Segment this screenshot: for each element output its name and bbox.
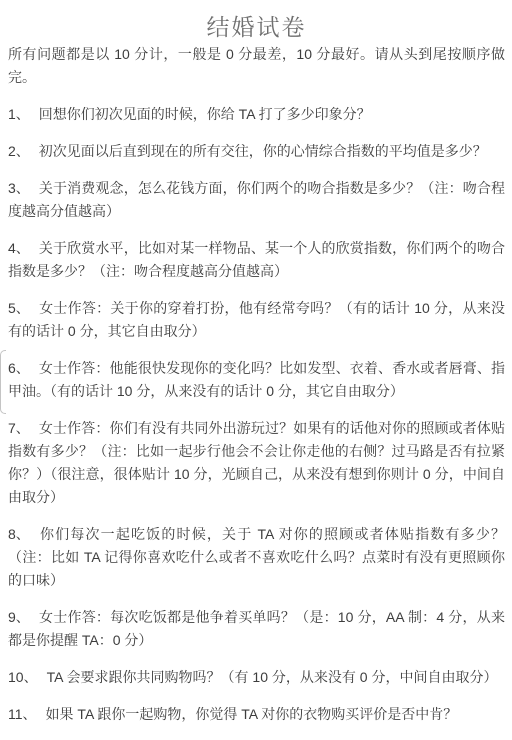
- question-item-1: 1、回想你们初次见面的时候，你给 TA 打了多少印象分？: [8, 103, 505, 126]
- question-text: 关于消费观念，怎么花钱方面，你们两个的吻合指数是多少？（注：吻合程度越高分值越高…: [8, 180, 505, 219]
- question-number: 7、: [8, 417, 30, 440]
- question-item-6: 6、女士作答：他能很快发现你的变化吗？比如发型、衣着、香水或者唇膏、指甲油。（有…: [8, 357, 505, 403]
- question-number: 6、: [8, 357, 30, 380]
- question-number: 11、: [8, 703, 37, 726]
- question-number: 2、: [8, 140, 30, 163]
- page-title: 结婚试卷: [8, 12, 505, 43]
- question-text: 女士作答：关于你的穿着打扮，他有经常夸吗？（有的话计 10 分，从来没有的话计 …: [8, 300, 505, 339]
- question-item-5: 5、女士作答：关于你的穿着打扮，他有经常夸吗？（有的话计 10 分，从来没有的话…: [8, 297, 505, 343]
- question-text: 女士作答：他能很快发现你的变化吗？比如发型、衣着、香水或者唇膏、指甲油。（有的话…: [8, 360, 505, 399]
- question-item-11: 11、如果 TA 跟你一起购物，你觉得 TA 对你的衣物购买评价是否中肯？: [8, 703, 505, 726]
- question-text: TA 会要求跟你共同购物吗？（有 10 分，从来没有 0 分，中间自由取分）: [47, 669, 498, 685]
- question-text: 关于欣赏水平，比如对某一样物品、某一个人的欣赏指数，你们两个的吻合指数是多少？（…: [8, 240, 505, 279]
- question-item-4: 4、关于欣赏水平，比如对某一样物品、某一个人的欣赏指数，你们两个的吻合指数是多少…: [8, 237, 505, 283]
- intro-text: 所有问题都是以 10 分计，一般是 0 分最差，10 分最好。请从头到尾按顺序做…: [8, 43, 505, 89]
- question-item-9: 9、女士作答：每次吃饭都是他争着买单吗？（是：10 分，AA 制：4 分，从来都…: [8, 606, 505, 652]
- question-item-10: 10、TA 会要求跟你共同购物吗？（有 10 分，从来没有 0 分，中间自由取分…: [8, 666, 505, 689]
- question-item-8: 8、你们每次一起吃饭的时候，关于 TA 对你的照顾或者体贴指数有多少？（注：比如…: [8, 523, 505, 592]
- question-text: 你们每次一起吃饭的时候，关于 TA 对你的照顾或者体贴指数有多少？（注：比如 T…: [8, 526, 505, 588]
- question-number: 4、: [8, 237, 30, 260]
- question-number: 3、: [8, 177, 30, 200]
- question-item-7: 7、女士作答：你们有没有共同外出游玩过？如果有的话他对你的照顾或者体贴指数有多少…: [8, 417, 505, 509]
- question-text: 初次见面以后直到现在的所有交往，你的心情综合指数的平均值是多少？: [39, 143, 487, 159]
- question-item-3: 3、关于消费观念，怎么花钱方面，你们两个的吻合指数是多少？（注：吻合程度越高分值…: [8, 177, 505, 223]
- question-text: 回想你们初次见面的时候，你给 TA 打了多少印象分？: [39, 106, 371, 122]
- question-text: 如果 TA 跟你一起购物，你觉得 TA 对你的衣物购买评价是否中肯？: [46, 706, 458, 722]
- question-text: 女士作答：每次吃饭都是他争着买单吗？（是：10 分，AA 制：4 分，从来都是你…: [8, 609, 505, 648]
- question-item-2: 2、初次见面以后直到现在的所有交往，你的心情综合指数的平均值是多少？: [8, 140, 505, 163]
- question-number: 9、: [8, 606, 30, 629]
- document-page: 结婚试卷 所有问题都是以 10 分计，一般是 0 分最差，10 分最好。请从头到…: [0, 12, 512, 726]
- question-number: 5、: [8, 297, 30, 320]
- question-number: 1、: [8, 103, 30, 126]
- question-number: 8、: [8, 523, 30, 546]
- question-text: 女士作答：你们有没有共同外出游玩过？如果有的话他对你的照顾或者体贴指数有多少？（…: [8, 420, 505, 505]
- question-number: 10、: [8, 666, 38, 689]
